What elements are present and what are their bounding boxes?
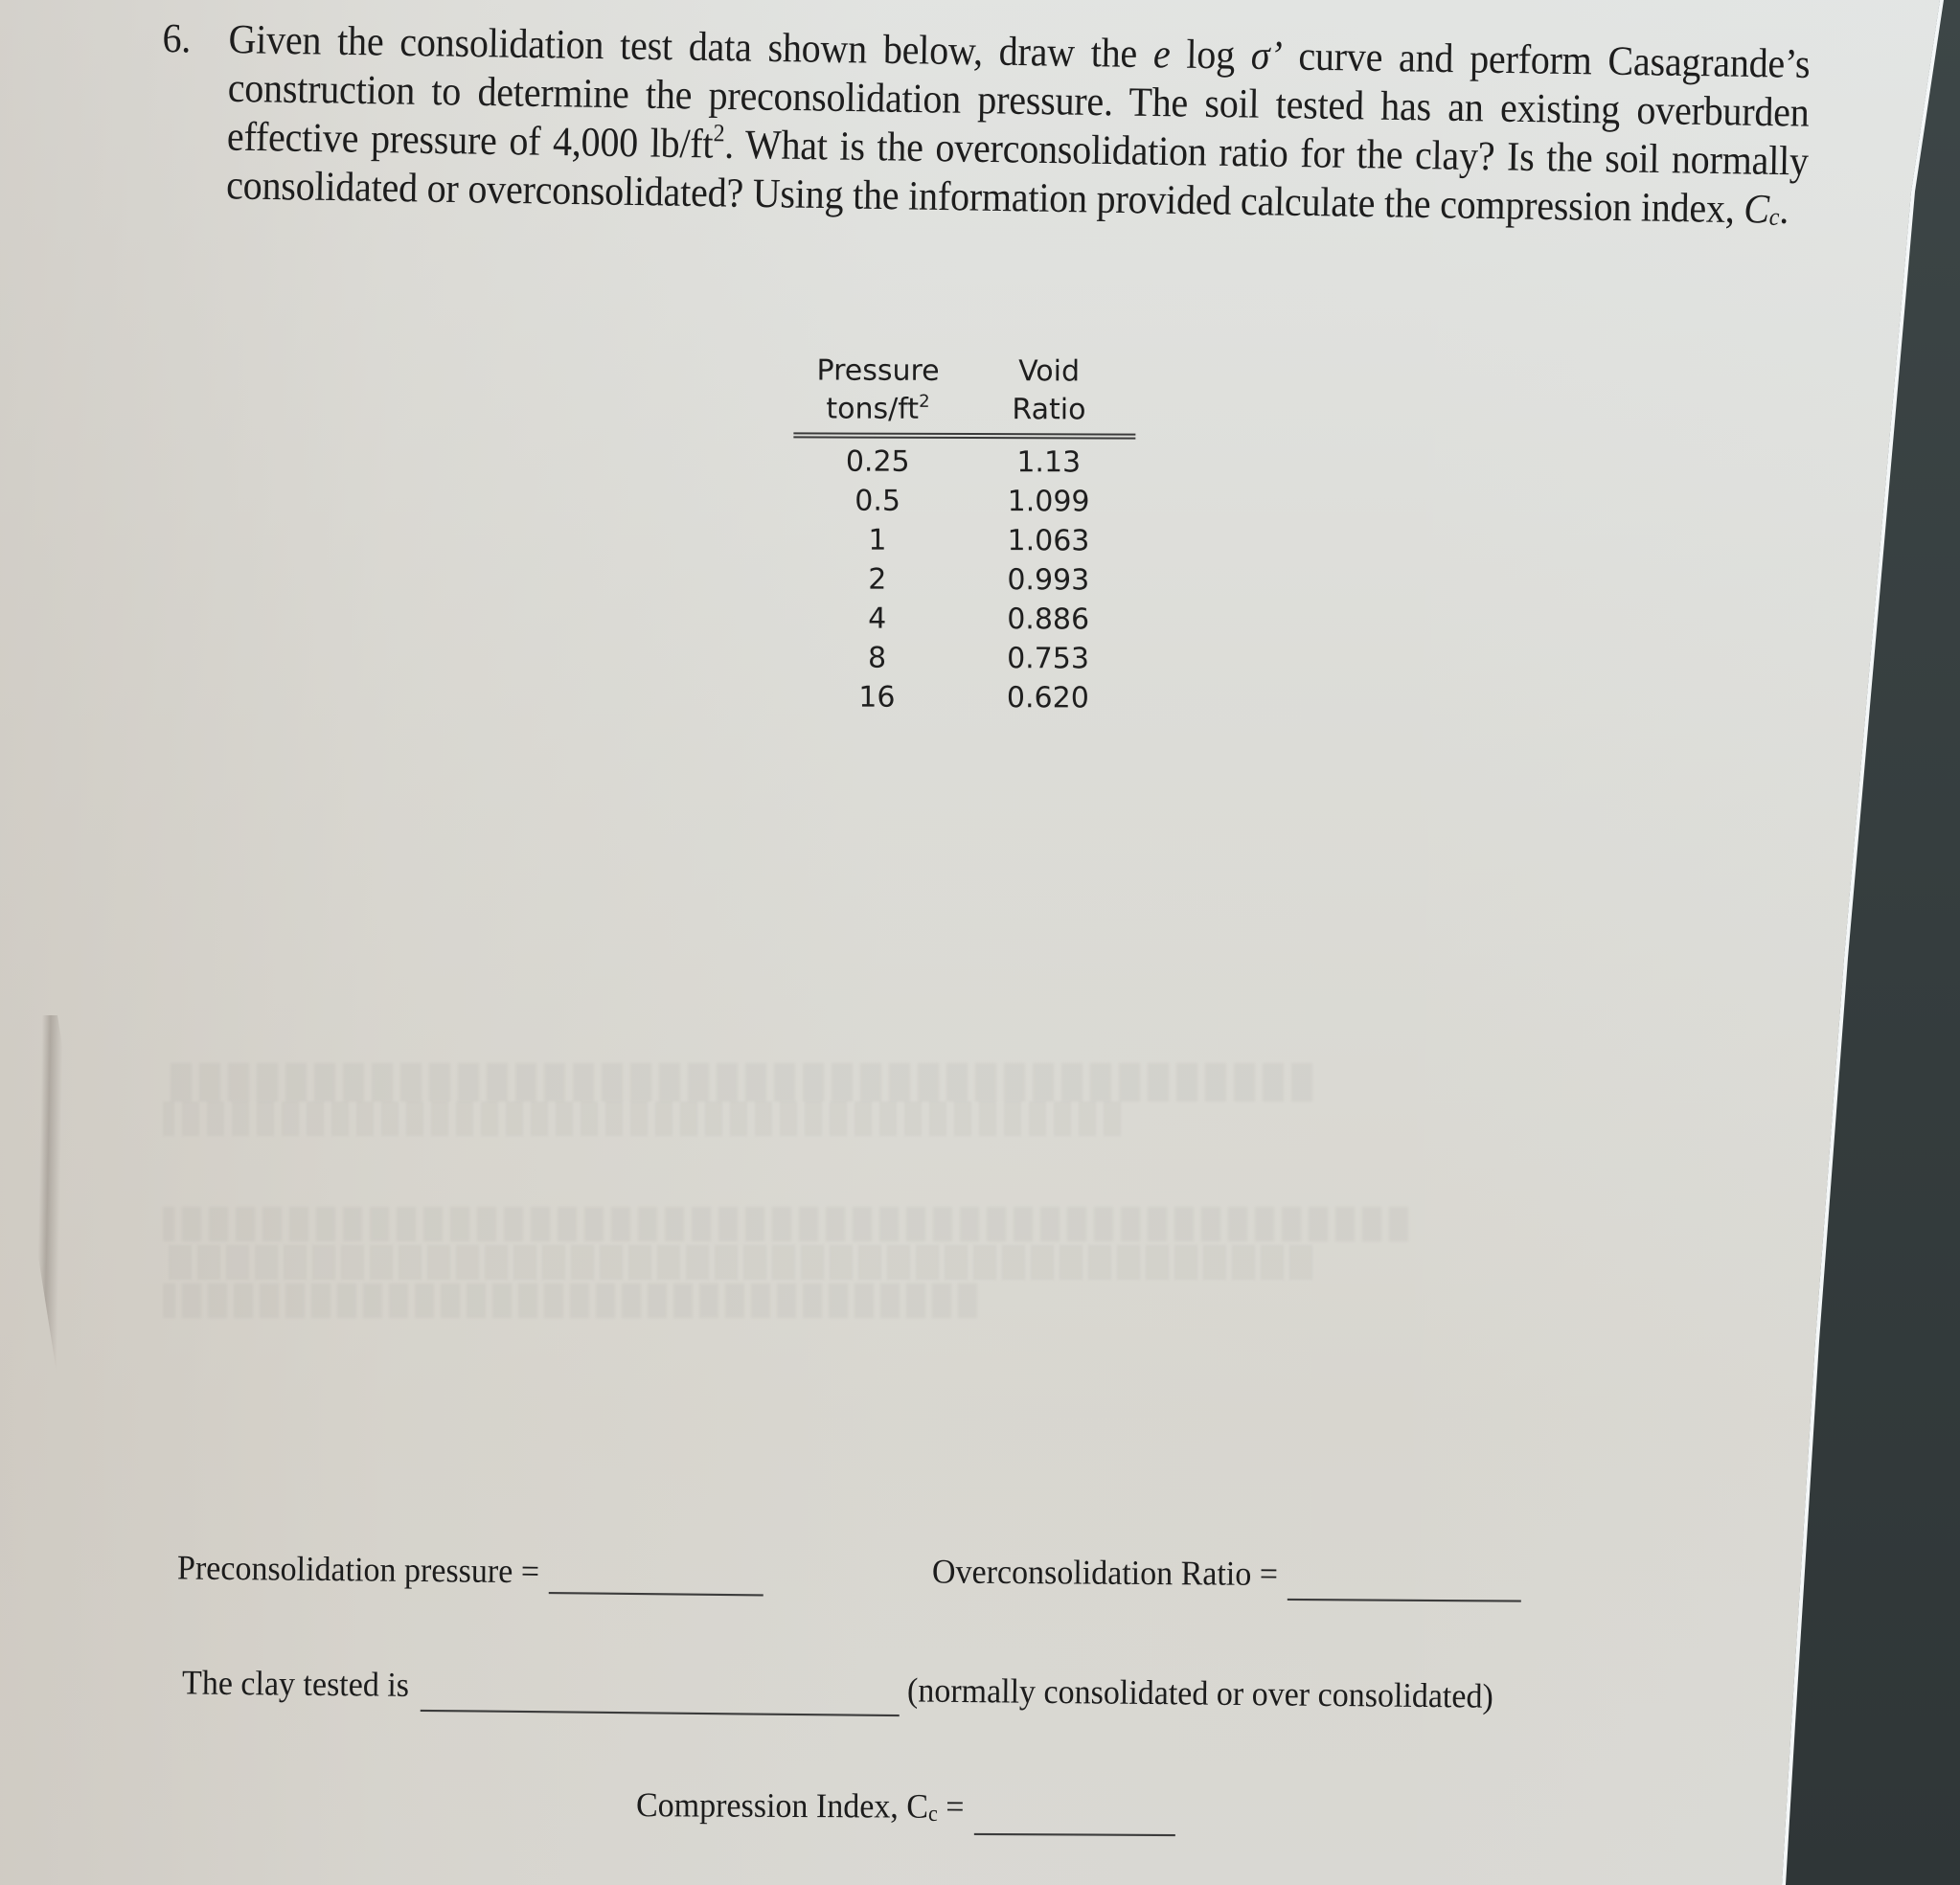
cc-label: Compression Index, Cc =	[636, 1786, 965, 1827]
show-through-texture	[163, 1101, 1121, 1136]
paper-sheet	[0, 0, 1960, 1885]
ocr-label: Overconsolidation Ratio =	[932, 1554, 1278, 1595]
header-void-ratio: Void Ratio	[962, 352, 1135, 430]
question-number: 6.	[162, 13, 191, 62]
show-through-texture	[163, 1063, 1312, 1101]
preconsolidation-pressure-field: Preconsolidation pressure =	[177, 1550, 763, 1595]
void-ratio-cell: 1.13	[962, 443, 1135, 483]
table-row: 80.753	[792, 638, 1134, 678]
pressure-cell: 8	[792, 638, 961, 678]
table-row: 0.251.13	[793, 442, 1135, 482]
header-double-rule	[793, 432, 1135, 439]
table-header: Pressure tons/ft2 Void Ratio	[793, 352, 1135, 433]
pressure-cell: 0.5	[793, 481, 962, 521]
table-body: 0.251.130.51.09911.06320.99340.88680.753…	[792, 442, 1135, 717]
table-row: 0.51.099	[793, 481, 1135, 521]
void-ratio-cell: 1.063	[962, 521, 1135, 561]
consolidation-data-table: Pressure tons/ft2 Void Ratio 0.251.130.5…	[792, 352, 1135, 717]
pressure-cell: 16	[792, 677, 961, 717]
pressure-cell: 4	[793, 599, 962, 639]
preconsolidation-label: Preconsolidation pressure =	[177, 1550, 539, 1592]
header-pressure: Pressure tons/ft2	[793, 352, 962, 429]
void-ratio-cell: 0.620	[961, 678, 1134, 718]
void-ratio-cell: 1.099	[962, 482, 1135, 522]
table-row: 11.063	[793, 520, 1135, 560]
table-row: 40.886	[793, 599, 1135, 639]
table-row: 160.620	[792, 677, 1134, 717]
show-through-texture	[163, 1207, 1408, 1241]
clay-hint: (normally consolidated or over consolida…	[907, 1672, 1493, 1717]
pressure-cell: 1	[793, 520, 962, 560]
void-ratio-cell: 0.993	[962, 560, 1135, 601]
compression-index-field: Compression Index, Cc =	[636, 1786, 1175, 1828]
question-block: 6. Given the consolidation test data sho…	[160, 13, 1811, 234]
question-text: Given the consolidation test data shown …	[226, 14, 1811, 234]
show-through-texture	[163, 1283, 977, 1318]
pressure-cell: 2	[793, 559, 962, 600]
effective-stress-symbol: σ’	[1251, 32, 1283, 79]
compression-index-symbol: Cc	[1743, 185, 1780, 232]
pressure-cell: 0.25	[793, 442, 962, 482]
show-through-texture	[163, 1245, 1312, 1280]
void-ratio-symbol: e	[1153, 30, 1171, 77]
clay-label: The clay tested is	[182, 1665, 409, 1706]
void-ratio-cell: 0.886	[962, 600, 1135, 640]
overconsolidation-ratio-field: Overconsolidation Ratio =	[932, 1554, 1521, 1597]
void-ratio-cell: 0.753	[961, 639, 1134, 679]
table-row: 20.993	[793, 559, 1135, 600]
